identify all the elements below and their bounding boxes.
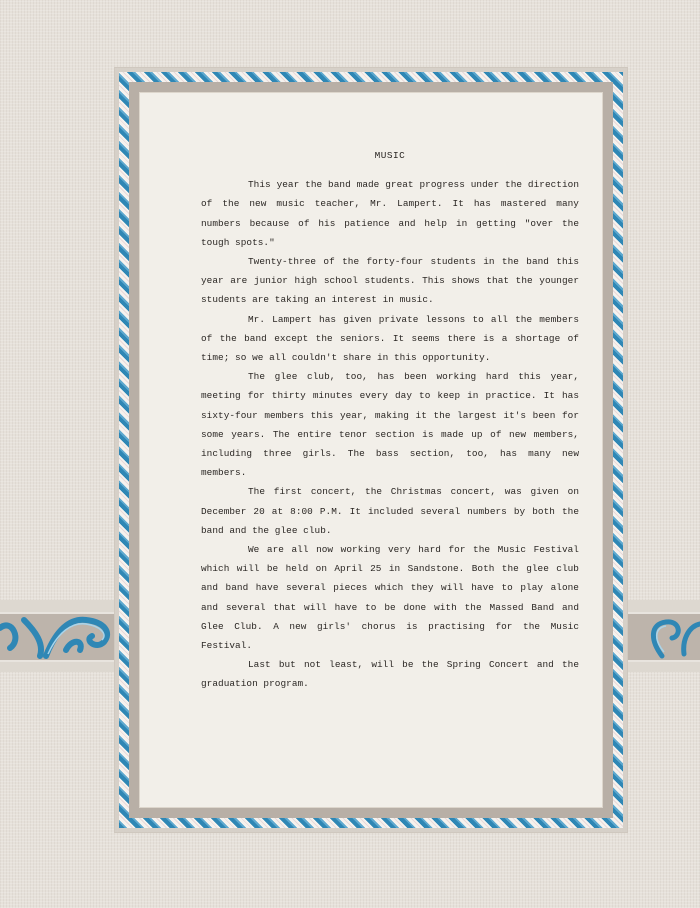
paragraph-spring-concert: Last but not least, will be the Spring C… <box>201 655 579 693</box>
paragraph-christmas-concert: The first concert, the Christmas concert… <box>201 482 579 540</box>
paragraph-glee-club: The glee club, too, has been working har… <box>201 367 579 482</box>
page-title: MUSIC <box>201 146 579 165</box>
paragraph-private-lessons: Mr. Lampert has given private lessons to… <box>201 310 579 368</box>
paragraph-band-progress: This year the band made great progress u… <box>201 175 579 252</box>
paragraph-music-festival: We are all now working very hard for the… <box>201 540 579 655</box>
document-body: MUSIC This year the band made great prog… <box>201 146 579 694</box>
paragraph-junior-students: Twenty-three of the forty-four students … <box>201 252 579 310</box>
page-frame: MUSIC This year the band made great prog… <box>115 68 627 832</box>
